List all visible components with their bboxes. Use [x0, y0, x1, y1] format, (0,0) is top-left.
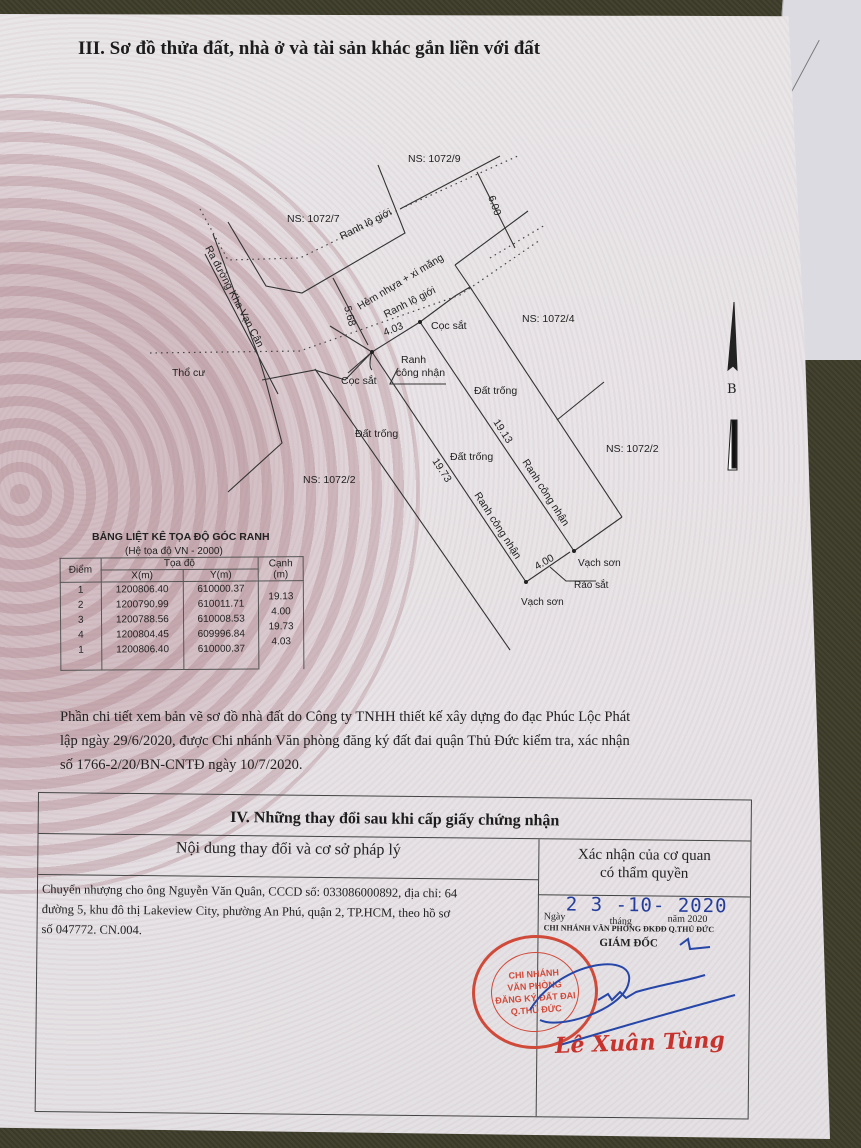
note-line: số 1766-2/20/BN-CNTĐ ngày 10/7/2020.	[60, 753, 760, 777]
edge-lengths: 19.134.0019.734.03	[258, 581, 304, 669]
svg-text:Thổ cư: Thổ cư	[172, 367, 205, 379]
svg-text:5.68: 5.68	[341, 305, 358, 328]
svg-text:Vạch sơn: Vạch sơn	[521, 597, 564, 608]
note-line: Phần chi tiết xem bản vẽ sơ đồ nhà đất d…	[60, 705, 760, 729]
confirmation-date: Ngày tháng năm 2020 2 3 -10- 2020	[538, 895, 750, 925]
svg-text:B: B	[727, 382, 737, 397]
svg-text:Đất trống: Đất trống	[474, 385, 517, 397]
svg-text:Ranh công nhận: Ranh công nhận	[471, 490, 523, 561]
svg-text:Cọc sắt: Cọc sắt	[341, 374, 377, 387]
svg-text:NS: 1072/4: NS: 1072/4	[522, 313, 575, 325]
col-toa-do: Tọa độ	[101, 557, 259, 570]
section4-changes: IV. Những thay đổi sau khi cấp giấy chứn…	[35, 792, 752, 1119]
coordinate-table: Điểm Tọa độ Cạnh (m) X(m) Y(m) 11200806.…	[60, 556, 305, 671]
changes-content: Chuyển nhượng cho ông Nguyễn Văn Quân, C…	[37, 875, 538, 948]
svg-text:NS: 1072/7: NS: 1072/7	[287, 213, 340, 225]
svg-text:NS: 1072/2: NS: 1072/2	[606, 443, 659, 455]
note-line: lập ngày 29/6/2020, được Chi nhánh Văn p…	[60, 729, 760, 753]
svg-text:NS: 1072/2: NS: 1072/2	[303, 474, 356, 486]
svg-text:Ranh công nhận: Ranh công nhận	[519, 457, 571, 528]
svg-text:Ranh: Ranh	[401, 354, 426, 366]
svg-text:công nhận: công nhận	[396, 367, 445, 379]
changes-content-column: Nội dung thay đổi và cơ sở pháp lý Chuyể…	[36, 834, 540, 1116]
svg-text:Đất trống: Đất trống	[355, 428, 398, 440]
coord-table-subtitle: (Hệ tọa độ VN - 2000)	[125, 546, 223, 557]
coord-row: 11200806.40610000.3719.134.0019.734.03	[60, 581, 303, 598]
coord-table-title: BẢNG LIỆT KÊ TỌA ĐỘ GÓC RANH	[92, 531, 270, 543]
svg-text:Ranh lộ giới: Ranh lộ giới	[338, 206, 394, 242]
col-x: X(m)	[101, 569, 184, 582]
col-canh: Cạnh (m)	[258, 557, 303, 581]
svg-text:4.03: 4.03	[382, 320, 406, 339]
changes-content-header: Nội dung thay đổi và cơ sở pháp lý	[38, 834, 538, 880]
svg-text:NS: 1072/9: NS: 1072/9	[408, 153, 461, 165]
col-diem: Điểm	[60, 558, 101, 582]
date-stamp: 2 3 -10- 2020	[566, 894, 728, 918]
svg-text:Ra đường Kha Vạn Cân: Ra đường Kha Vạn Cân	[202, 244, 266, 350]
col-y: Y(m)	[183, 569, 258, 582]
svg-text:6.00: 6.00	[485, 194, 503, 217]
section4-title: IV. Những thay đổi sau khi cấp giấy chứn…	[39, 807, 751, 832]
changes-table: Nội dung thay đổi và cơ sở pháp lý Chuyể…	[36, 833, 751, 1118]
svg-text:Cọc sắt: Cọc sắt	[431, 319, 467, 332]
north-arrow-icon: B	[727, 302, 737, 470]
svg-text:Rào sắt: Rào sắt	[574, 578, 609, 591]
svg-text:Đất trống: Đất trống	[450, 451, 493, 463]
change-line: số 047772. CN.004.	[41, 919, 533, 944]
plan-note: Phần chi tiết xem bản vẽ sơ đồ nhà đất d…	[60, 705, 760, 777]
svg-text:Vạch sơn: Vạch sơn	[578, 558, 621, 569]
authority-header: Xác nhận của cơ quan có thẩm quyền	[538, 839, 751, 897]
